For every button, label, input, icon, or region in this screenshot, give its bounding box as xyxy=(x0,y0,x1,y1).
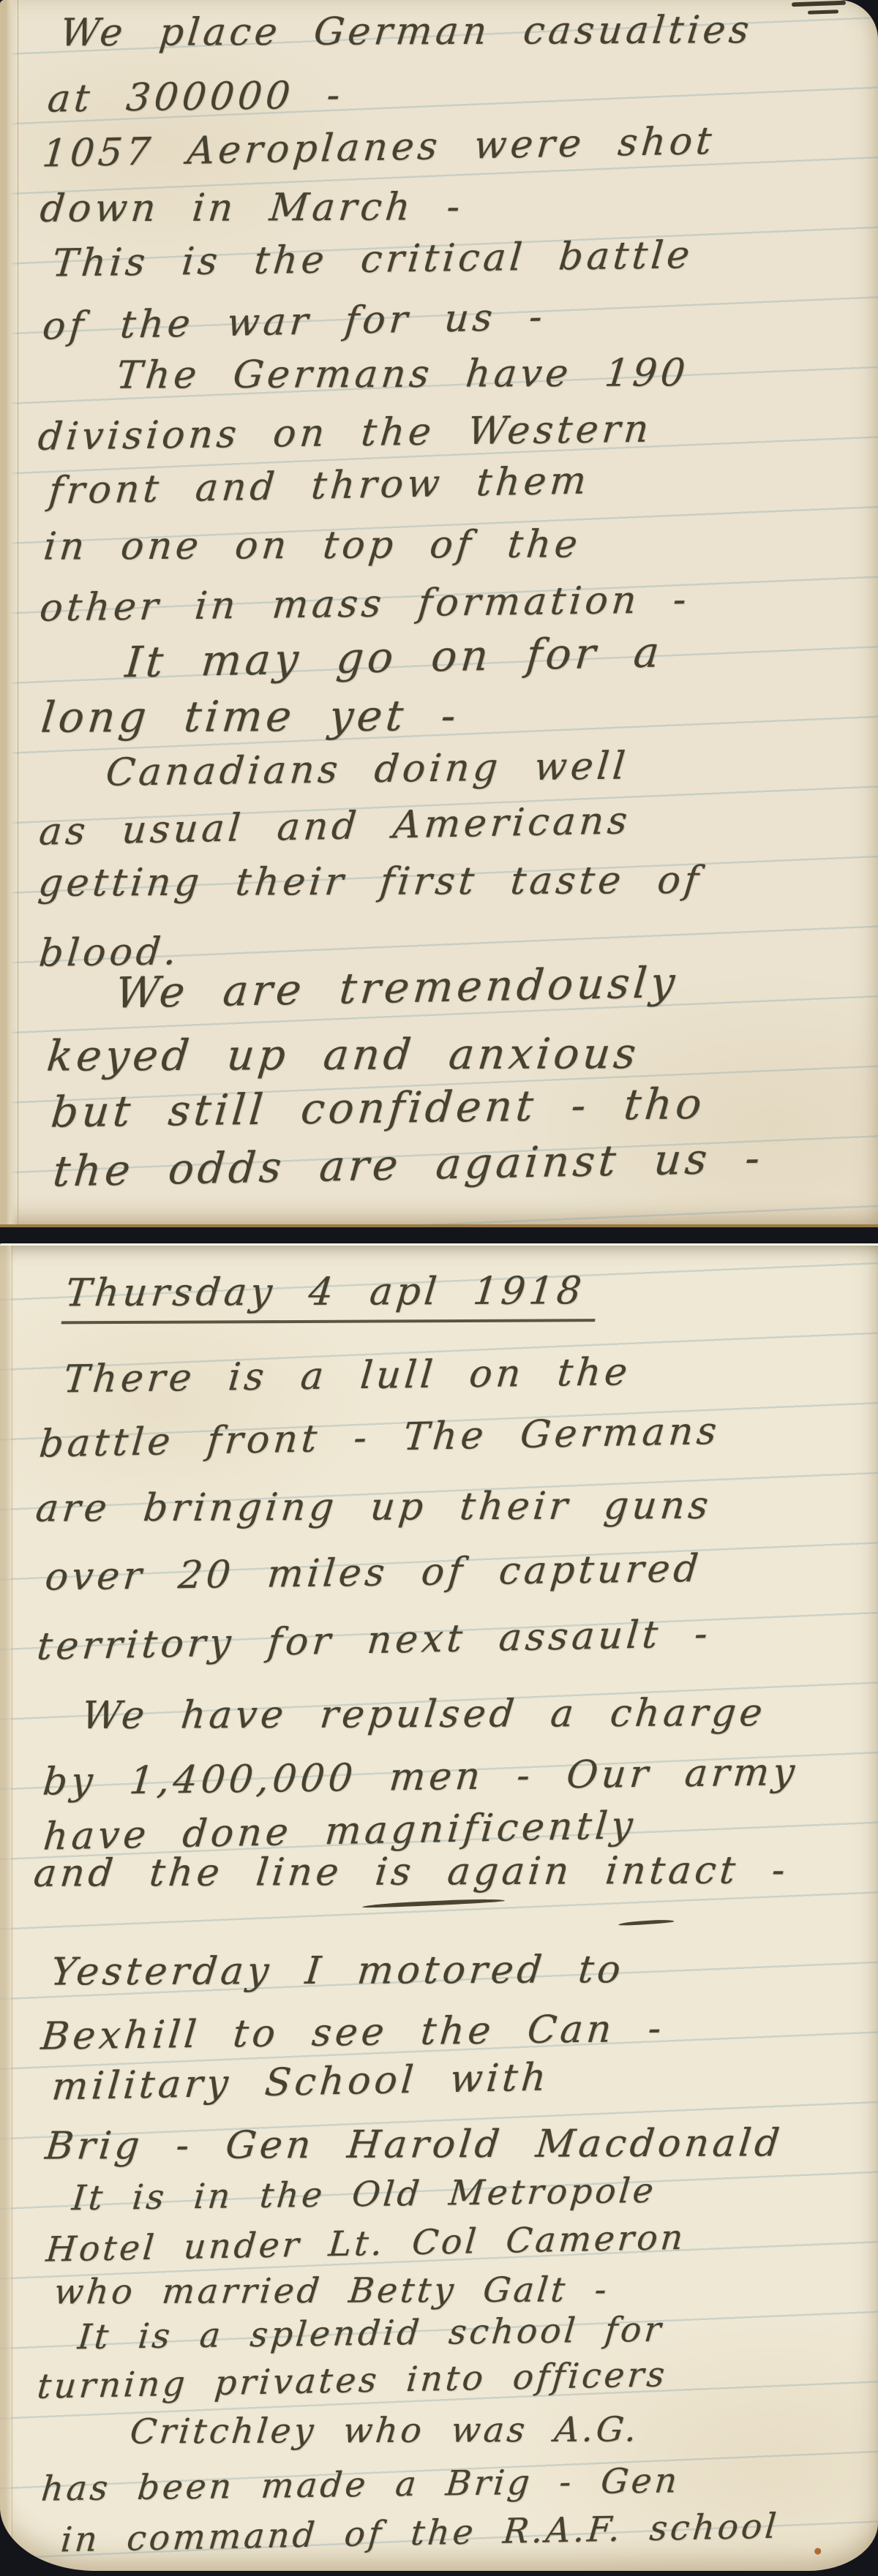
handwriting-line: Brig - Gen Harold Macdonald xyxy=(44,2124,785,2165)
handwriting-line: Critchley who was A.G. xyxy=(129,2412,641,2449)
handwriting-line: We have repulsed a charge xyxy=(80,1694,768,1735)
handwriting-line: It is in the Old Metropole xyxy=(70,2174,658,2215)
handwriting-line: We place German casualties xyxy=(59,11,754,52)
handwriting-line: getting their first taste of xyxy=(37,862,704,903)
handwriting-line: It is a splendid school for xyxy=(76,2313,665,2355)
handwriting-line: This is the critical battle xyxy=(50,236,694,283)
handwriting-line: down in March - xyxy=(38,188,465,228)
handwriting-line: are bringing up their guns xyxy=(34,1487,714,1528)
handwriting-line: The Germans have 190 xyxy=(115,354,691,394)
handwriting-line: but still confident - tho xyxy=(49,1082,707,1134)
handwriting-line: who married Betty Galt - xyxy=(53,2272,611,2309)
handwriting-line: turning privates into officers xyxy=(36,2357,669,2404)
diary-page-top: We place German casualties at 300000 - 1… xyxy=(0,0,878,1227)
handwriting-line: the odds are against us - xyxy=(51,1137,765,1193)
handwriting-line: have done magnificently xyxy=(42,1807,638,1856)
date-heading: Thursday 4 apl 1918 xyxy=(61,1272,600,1324)
handwriting-line: by 1,400,000 men - Our army xyxy=(41,1753,800,1801)
handwriting-layer: We place German casualties at 300000 - 1… xyxy=(0,0,878,1227)
handwriting-line: as usual and Americans xyxy=(37,802,632,851)
handwriting-line: front and throw them xyxy=(48,462,592,510)
diary-page-bottom: Thursday 4 apl 1918 There is a lull on t… xyxy=(0,1243,878,2571)
handwriting-line: in command of the R.A.F. school xyxy=(59,2509,780,2558)
diary-photo: We place German casualties at 300000 - 1… xyxy=(0,0,878,2576)
handwriting-line: has been made a Brig - Gen xyxy=(40,2463,682,2506)
handwriting-line: long time yet - xyxy=(40,694,462,739)
handwriting-line: in one on top of the xyxy=(42,525,582,565)
section-divider xyxy=(362,1898,505,1909)
handwriting-line: We are tremendously xyxy=(114,961,680,1014)
handwriting-line: Hotel under Lt. Col Cameron xyxy=(45,2221,687,2267)
handwriting-line: territory for next assault - xyxy=(36,1615,713,1666)
handwriting-line: divisions on the Western xyxy=(37,410,654,456)
handwriting-line: Bexhill to see the Can - xyxy=(40,2010,667,2056)
ink-dot xyxy=(814,2548,821,2555)
handwriting-line: There is a lull on the xyxy=(62,1353,633,1398)
handwriting-line: Canadians doing well xyxy=(105,747,631,791)
handwriting-line: keyed up and anxious xyxy=(45,1032,642,1077)
handwriting-line: 1057 Aeroplanes were shot xyxy=(41,122,717,173)
handwriting-line: at 300000 - xyxy=(46,76,345,118)
handwriting-line: Yesterday I motored to xyxy=(49,1951,626,1991)
handwriting-layer: Thursday 4 apl 1918 There is a lull on t… xyxy=(0,1243,878,2571)
handwriting-line: over 20 miles of captured xyxy=(44,1550,704,1597)
handwriting-line: military School with xyxy=(50,2058,551,2106)
handwriting-line: other in mass formation - xyxy=(38,581,691,628)
handwriting-line: It may go on for a xyxy=(124,630,664,683)
handwriting-line: of the war for us - xyxy=(41,298,547,345)
section-divider-small xyxy=(618,1919,674,1927)
handwriting-line: battle front - The Germans xyxy=(38,1412,722,1464)
handwriting-line: and the line is again intact - xyxy=(32,1851,791,1893)
